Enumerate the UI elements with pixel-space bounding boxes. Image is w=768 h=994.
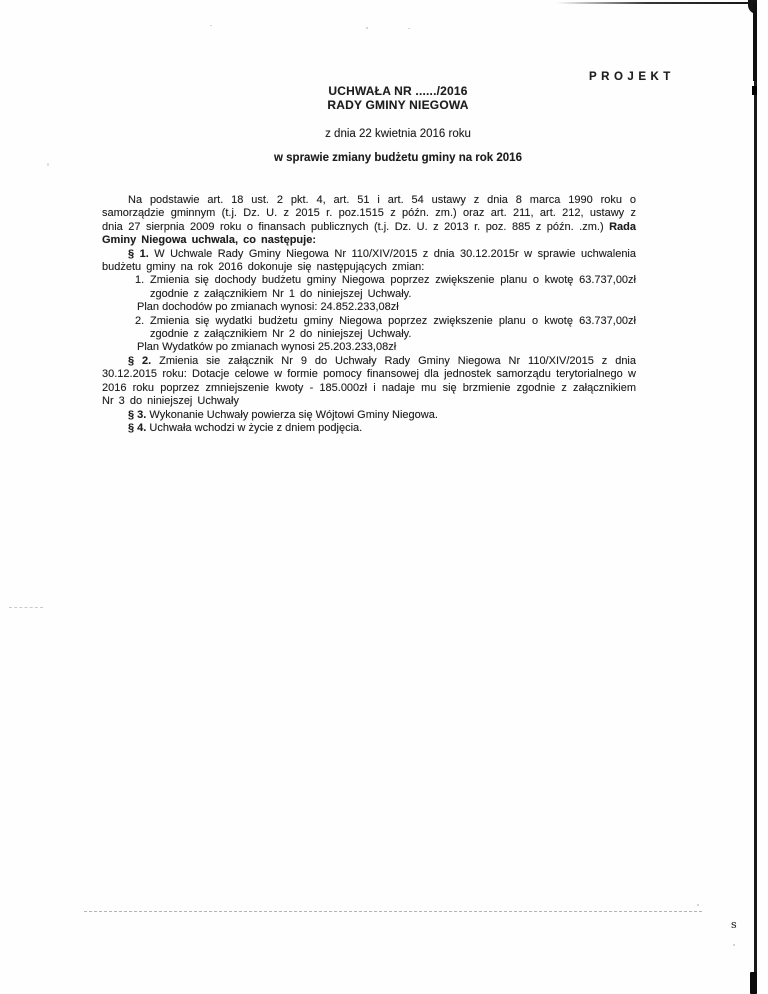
section-1-list: 1. Zmienia się dochody budżetu gminy Nie… <box>102 274 636 354</box>
section-1-intro: W Uchwale Rady Gminy Niegowa Nr 110/XIV/… <box>102 248 636 273</box>
scan-speck <box>733 944 735 946</box>
expenditure-plan-note: Plan Wydatków po zmianach wynosi 25.203.… <box>102 341 636 354</box>
page-mark: s <box>731 918 737 931</box>
section-1-mark: § 1. <box>128 248 149 260</box>
section-4-text: Uchwała wchodzi w życie z dniem podjęcia… <box>149 422 362 434</box>
list-item-2-text: Zmienia się wydatki budżetu gminy Niegow… <box>150 315 636 342</box>
section-4-mark: § 4. <box>128 422 146 434</box>
section-2-paragraph: § 2. Zmienia sie załącznik Nr 9 do Uchwa… <box>102 355 636 409</box>
scan-speck <box>408 28 410 29</box>
date-line: z dnia 22 kwietnia 2016 roku <box>28 128 768 140</box>
scanned-document-page: PROJEKT UCHWAŁA NR ....../2016 RADY GMIN… <box>0 0 768 994</box>
list-item-2-number: 2. <box>135 315 150 342</box>
legal-basis-text: Na podstawie art. 18 ust. 2 pkt. 4, art.… <box>102 194 636 233</box>
list-item-2: 2. Zmienia się wydatki budżetu gminy Nie… <box>102 315 636 342</box>
document-title: UCHWAŁA NR ....../2016 RADY GMINY NIEGOW… <box>28 85 768 112</box>
scan-speck <box>366 27 368 29</box>
list-item-1-number: 1. <box>135 274 150 301</box>
section-2-mark: § 2. <box>128 355 151 367</box>
scan-speck <box>697 904 699 906</box>
list-item-1-text: Zmienia się dochody budżetu gminy Niegow… <box>150 274 636 301</box>
scan-speck <box>210 25 212 26</box>
section-3-text: Wykonanie Uchwały powierza się Wójtowi G… <box>149 409 437 421</box>
list-item-1: 1. Zmienia się dochody budżetu gminy Nie… <box>102 274 636 301</box>
section-1-paragraph: § 1. W Uchwale Rady Gminy Niegowa Nr 110… <box>102 248 636 275</box>
title-line-2: RADY GMINY NIEGOWA <box>28 99 768 113</box>
document-body: Na podstawie art. 18 ust. 2 pkt. 4, art.… <box>102 194 636 435</box>
revenue-plan-note: Plan dochodów po zmianach wynosi: 24.852… <box>102 301 636 314</box>
scan-edge-right-line <box>754 0 757 994</box>
section-2-text: Zmienia sie załącznik Nr 9 do Uchwały Ra… <box>102 355 636 407</box>
subject-line: w sprawie zmiany budżetu gminy na rok 20… <box>28 152 768 164</box>
scan-edge-right-cap <box>753 3 757 81</box>
section-3-paragraph: § 3. Wykonanie Uchwały powierza się Wójt… <box>102 409 636 422</box>
scan-dotted-line <box>84 911 702 912</box>
scan-faint-dashes <box>9 607 43 608</box>
scan-edge-bottom-blob <box>750 972 757 994</box>
legal-basis-paragraph: Na podstawie art. 18 ust. 2 pkt. 4, art.… <box>102 194 636 248</box>
scan-edge-top-line <box>556 2 757 4</box>
section-3-mark: § 3. <box>128 409 146 421</box>
draft-watermark-label: PROJEKT <box>589 71 675 83</box>
title-line-1: UCHWAŁA NR ....../2016 <box>28 85 768 99</box>
section-4-paragraph: § 4. Uchwała wchodzi w życie z dniem pod… <box>102 422 636 435</box>
